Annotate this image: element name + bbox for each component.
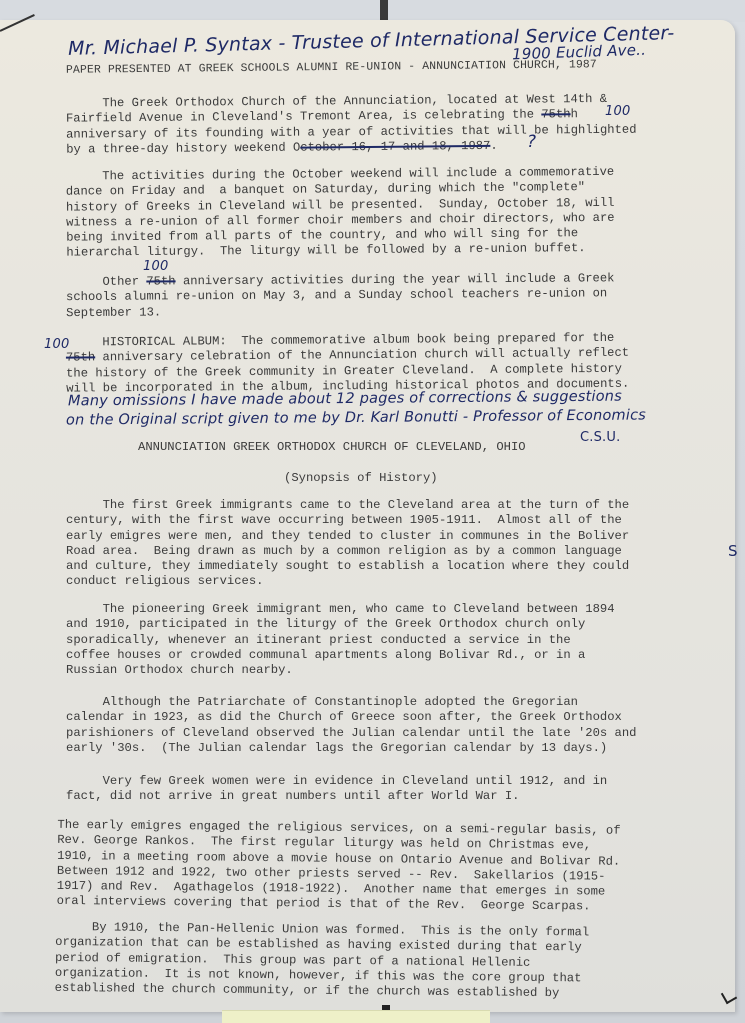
- text-line: Very few Greek women were in evidence in…: [66, 774, 666, 789]
- history-paragraph-2: The pioneering Greek immigrant men, who …: [66, 602, 666, 678]
- text-line: parishioners of Cleveland observed the J…: [66, 726, 666, 741]
- history-paragraph-5: The early emigres engaged the religious …: [57, 818, 658, 916]
- intro-paragraph-1: The Greek Orthodox Church of the Annunci…: [66, 91, 667, 157]
- text-line: Russian Orthodox church nearby.: [66, 663, 666, 678]
- text-line: sporadically, whenever an itinerant prie…: [66, 633, 666, 648]
- margin-mark-s: S: [728, 542, 738, 560]
- text-line: The first Greek immigrants came to the C…: [66, 498, 666, 513]
- text-line: coffee houses or crowded communal apartm…: [66, 648, 666, 663]
- struck-text: 75th: [146, 274, 175, 288]
- history-paragraph-3: Although the Patriarchate of Constantino…: [66, 695, 666, 756]
- text-line: conduct religious services.: [66, 574, 666, 589]
- section-subtitle: (Synopsis of History): [284, 471, 438, 485]
- text-line: early '30s. (The Julian calendar lags th…: [66, 741, 666, 756]
- history-paragraph-4: Very few Greek women were in evidence in…: [66, 774, 666, 805]
- history-paragraph-1: The first Greek immigrants came to the C…: [66, 498, 666, 590]
- text-line: early emigres were men, and they tended …: [66, 529, 666, 544]
- intro-paragraph-4: HISTORICAL ALBUM: The commemorative albu…: [66, 330, 667, 396]
- text-line: The pioneering Greek immigrant men, who …: [66, 602, 666, 617]
- text-line: and culture, they immediately sought to …: [66, 559, 666, 574]
- text-line: and 1910, participated in the liturgy of…: [66, 617, 666, 632]
- wall-gap: [380, 0, 388, 22]
- text-line: Although the Patriarchate of Constantino…: [66, 695, 666, 710]
- intro-paragraph-3: Other 75th anniversary activities during…: [66, 271, 666, 321]
- section-title: ANNUNCIATION GREEK ORTHODOX CHURCH OF CL…: [138, 440, 526, 454]
- struck-date: ctober 16, 17 and 18, 1987: [300, 139, 490, 155]
- struck-text: 75th: [66, 351, 95, 365]
- sticky-note: [222, 1010, 490, 1023]
- handwritten-note-line3: C.S.U.: [580, 430, 620, 445]
- handwritten-question-mark: ?: [527, 132, 536, 152]
- text-line: fact, did not arrive in great numbers un…: [66, 789, 666, 804]
- struck-text: 75th: [541, 108, 570, 122]
- intro-paragraph-2: The activities during the October weeken…: [66, 164, 667, 261]
- handwritten-correction-100: 100: [605, 104, 630, 119]
- text-line: Road area. Being drawn as much by a comm…: [66, 544, 666, 559]
- text-line: century, with the first wave occurring b…: [66, 513, 666, 528]
- text-line: calendar in 1923, as did the Church of G…: [66, 710, 666, 725]
- history-paragraph-6: By 1910, the Pan-Hellenic Union was form…: [55, 920, 656, 1003]
- handwritten-correction-100: 100: [143, 259, 168, 274]
- wall-background: [0, 0, 745, 22]
